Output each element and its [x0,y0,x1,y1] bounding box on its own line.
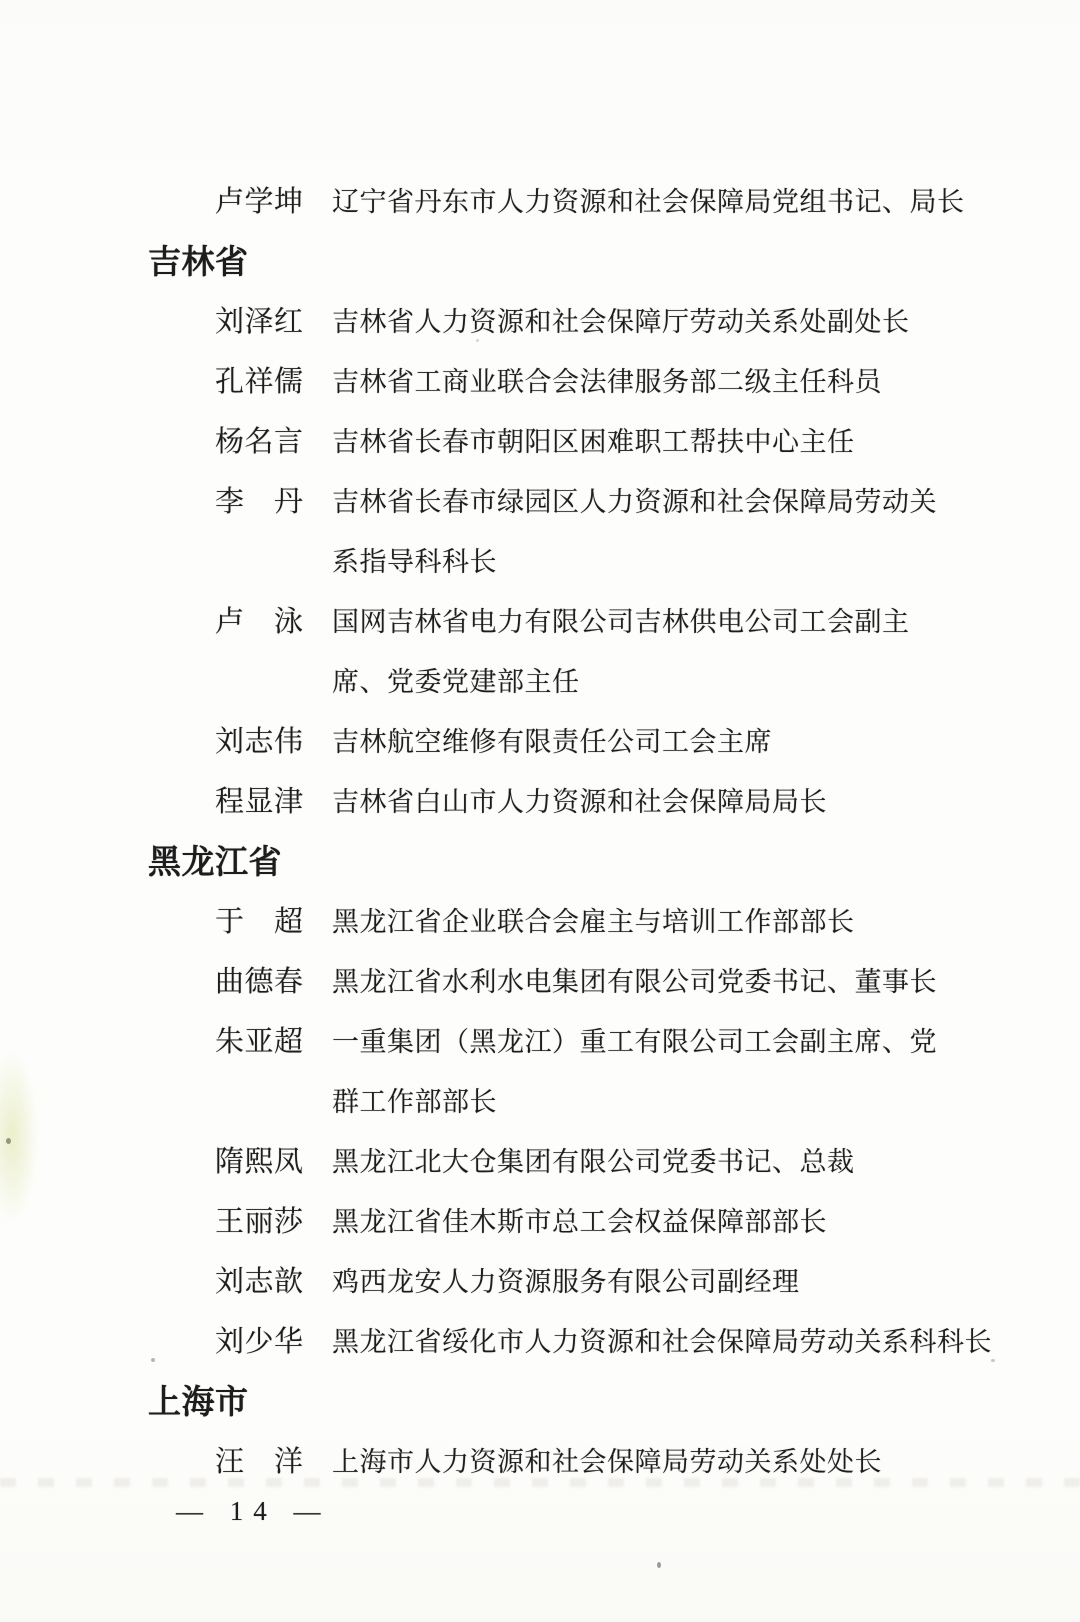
person-title-line: 群工作部部长 [332,1072,937,1132]
person-name: 汪洋 [215,1432,303,1492]
person-title-line: 席、党委党建部主任 [332,652,910,712]
person-name: 刘志歆 [215,1252,303,1312]
person-title: 吉林省白山市人力资源和社会保障局局长 [332,772,827,832]
list-item: 卢泳国网吉林省电力有限公司吉林供电公司工会副主席、党委党建部主任 [215,592,1080,712]
person-title-line: 吉林省工商业联合会法律服务部二级主任科员 [332,352,882,412]
person-title-line: 黑龙江北大仓集团有限公司党委书记、总裁 [332,1132,855,1192]
person-title: 吉林省人力资源和社会保障厅劳动关系处副处长 [332,292,910,352]
person-title-line: 鸡西龙安人力资源服务有限公司副经理 [332,1252,800,1312]
person-title-line: 吉林省白山市人力资源和社会保障局局长 [332,772,827,832]
person-title-line: 吉林省人力资源和社会保障厅劳动关系处副处长 [332,292,910,352]
person-title: 一重集团（黑龙江）重工有限公司工会副主席、党群工作部部长 [332,1012,937,1132]
person-title: 黑龙江省佳木斯市总工会权益保障部部长 [332,1192,827,1252]
section-header: 吉林省 [148,232,1080,292]
person-name: 杨名言 [215,412,303,472]
section-label: 黑龙江省 [148,843,282,880]
list-item: 于超黑龙江省企业联合会雇主与培训工作部部长 [215,892,1080,952]
person-title: 国网吉林省电力有限公司吉林供电公司工会副主席、党委党建部主任 [332,592,910,712]
list-item: 刘志歆鸡西龙安人力资源服务有限公司副经理 [215,1252,1080,1312]
list-item: 孔祥儒吉林省工商业联合会法律服务部二级主任科员 [215,352,1080,412]
person-title: 黑龙江省水利水电集团有限公司党委书记、董事长 [332,952,937,1012]
person-title-line: 辽宁省丹东市人力资源和社会保障局党组书记、局长 [332,172,965,232]
person-title: 吉林省工商业联合会法律服务部二级主任科员 [332,352,882,412]
person-title-line: 系指导科科长 [332,532,937,592]
list-item: 杨名言吉林省长春市朝阳区困难职工帮扶中心主任 [215,412,1080,472]
document-page: 卢学坤辽宁省丹东市人力资源和社会保障局党组书记、局长吉林省刘泽红吉林省人力资源和… [0,0,1080,1622]
person-name: 刘少华 [215,1312,303,1372]
list-item: 刘泽红吉林省人力资源和社会保障厅劳动关系处副处长 [215,292,1080,352]
person-title: 黑龙江北大仓集团有限公司党委书记、总裁 [332,1132,855,1192]
person-title-line: 黑龙江省绥化市人力资源和社会保障局劳动关系科科长 [332,1312,992,1372]
list-item: 李丹吉林省长春市绿园区人力资源和社会保障局劳动关系指导科科长 [215,472,1080,592]
section-header: 黑龙江省 [148,832,1080,892]
person-title: 黑龙江省企业联合会雇主与培训工作部部长 [332,892,855,952]
section-label: 上海市 [148,1383,249,1420]
person-title-line: 吉林省长春市朝阳区困难职工帮扶中心主任 [332,412,855,472]
person-name: 程显津 [215,772,303,832]
person-name: 刘泽红 [215,292,303,352]
list-item: 王丽莎黑龙江省佳木斯市总工会权益保障部部长 [215,1192,1080,1252]
list-item: 曲德春黑龙江省水利水电集团有限公司党委书记、董事长 [215,952,1080,1012]
person-title-line: 黑龙江省佳木斯市总工会权益保障部部长 [332,1192,827,1252]
person-name: 刘志伟 [215,712,303,772]
person-name: 李丹 [215,472,303,532]
person-title: 鸡西龙安人力资源服务有限公司副经理 [332,1252,800,1312]
person-title: 吉林航空维修有限责任公司工会主席 [332,712,772,772]
person-name: 隋熙凤 [215,1132,303,1192]
person-title: 吉林省长春市朝阳区困难职工帮扶中心主任 [332,412,855,472]
person-name: 曲德春 [215,952,303,1012]
scan-speck [657,1562,661,1568]
person-name: 于超 [215,892,303,952]
person-name: 朱亚超 [215,1012,303,1072]
person-title-line: 黑龙江省水利水电集团有限公司党委书记、董事长 [332,952,937,1012]
section-header: 上海市 [148,1372,1080,1432]
section-label: 吉林省 [148,243,249,280]
person-name: 孔祥儒 [215,352,303,412]
person-title-line: 上海市人力资源和社会保障局劳动关系处处长 [332,1432,882,1492]
person-title-line: 黑龙江省企业联合会雇主与培训工作部部长 [332,892,855,952]
person-name: 卢学坤 [215,172,303,232]
person-title: 上海市人力资源和社会保障局劳动关系处处长 [332,1432,882,1492]
person-name: 王丽莎 [215,1192,303,1252]
list-item: 刘志伟吉林航空维修有限责任公司工会主席 [215,712,1080,772]
person-title: 辽宁省丹东市人力资源和社会保障局党组书记、局长 [332,172,965,232]
list-item: 刘少华黑龙江省绥化市人力资源和社会保障局劳动关系科科长 [215,1312,1080,1372]
person-title-line: 吉林航空维修有限责任公司工会主席 [332,712,772,772]
list-item: 朱亚超一重集团（黑龙江）重工有限公司工会副主席、党群工作部部长 [215,1012,1080,1132]
list-item: 汪洋上海市人力资源和社会保障局劳动关系处处长 [215,1432,1080,1492]
person-title-line: 国网吉林省电力有限公司吉林供电公司工会副主 [332,592,910,652]
page-number: — 14 — [176,1496,331,1527]
list-item: 程显津吉林省白山市人力资源和社会保障局局长 [215,772,1080,832]
list-item: 卢学坤辽宁省丹东市人力资源和社会保障局党组书记、局长 [215,172,1080,232]
person-title-line: 吉林省长春市绿园区人力资源和社会保障局劳动关 [332,472,937,532]
person-title: 黑龙江省绥化市人力资源和社会保障局劳动关系科科长 [332,1312,992,1372]
person-title-line: 一重集团（黑龙江）重工有限公司工会副主席、党 [332,1012,937,1072]
award-list: 卢学坤辽宁省丹东市人力资源和社会保障局党组书记、局长吉林省刘泽红吉林省人力资源和… [0,172,1080,1492]
list-item: 隋熙凤黑龙江北大仓集团有限公司党委书记、总裁 [215,1132,1080,1192]
person-title: 吉林省长春市绿园区人力资源和社会保障局劳动关系指导科科长 [332,472,937,592]
person-name: 卢泳 [215,592,303,652]
